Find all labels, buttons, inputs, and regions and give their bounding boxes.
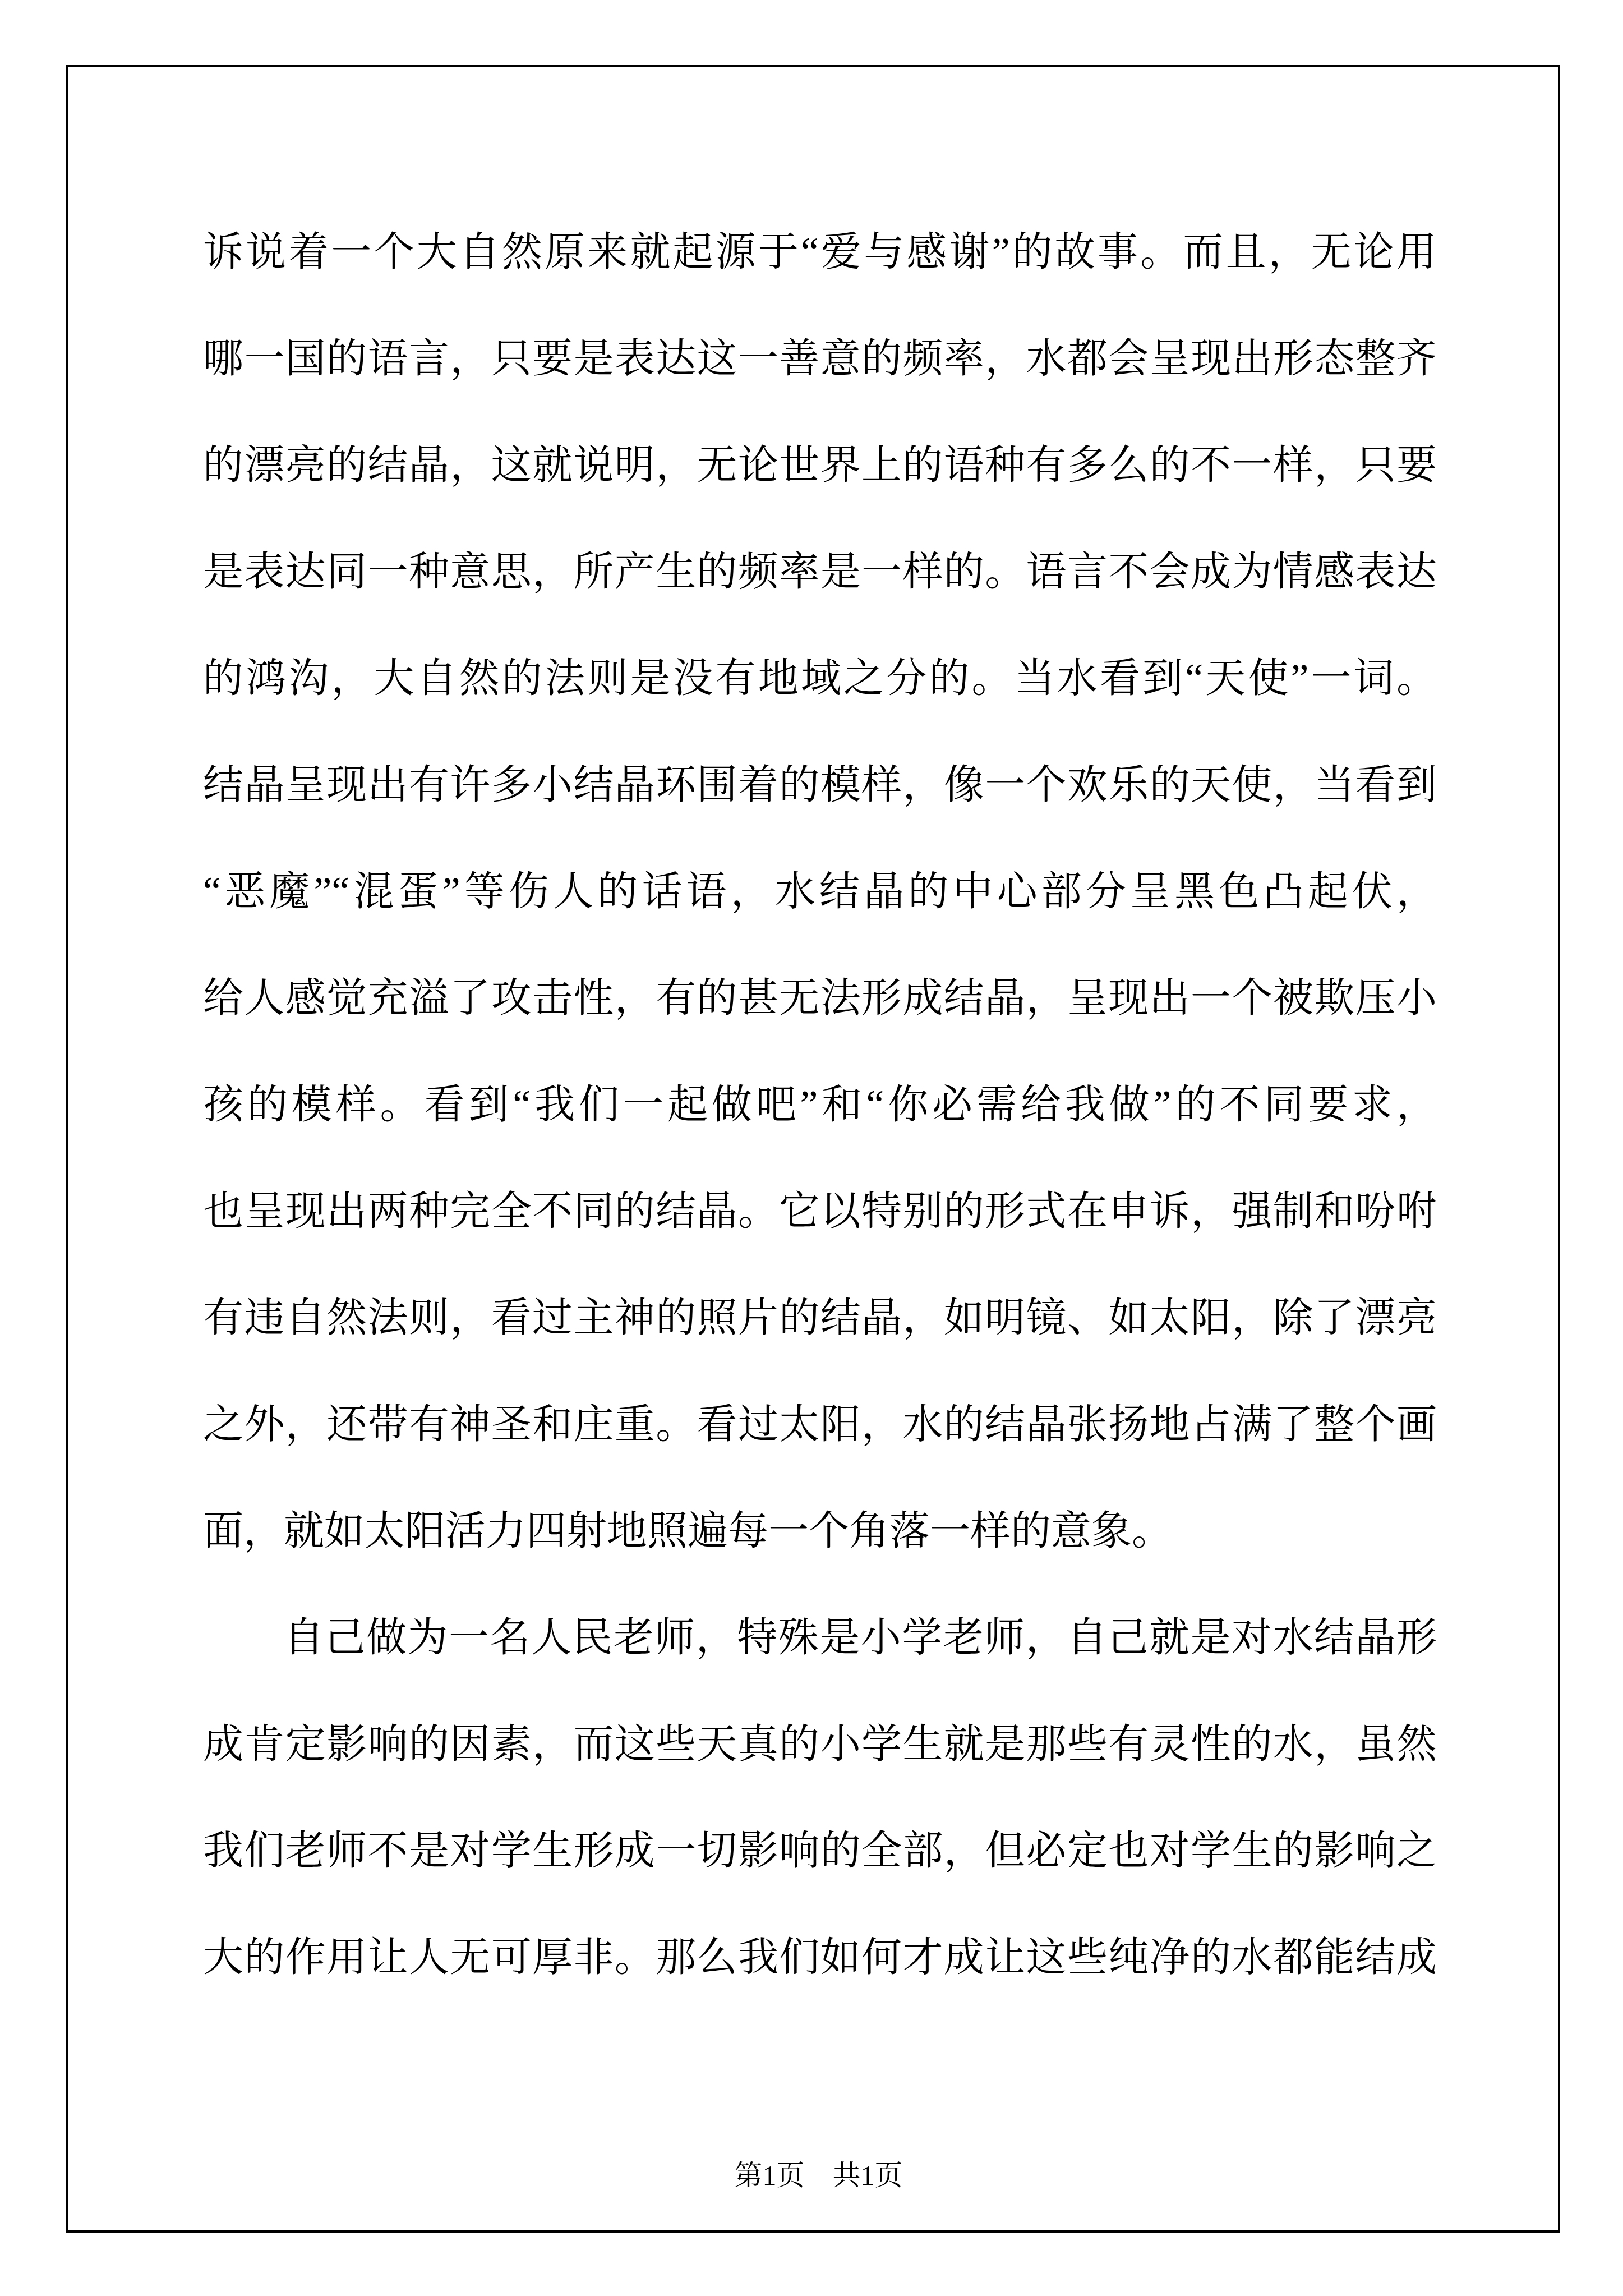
body-line: 给人感觉充溢了攻击性，有的甚无法形成结晶，呈现出一个被欺压小	[203, 945, 1437, 1051]
document-text-block: 诉说着一个大自然原来就起源于“爱与感谢”的故事。而且，无论用 哪一国的语言，只要…	[203, 199, 1437, 2010]
page-footer: 第1页 共1页	[0, 2125, 1623, 2192]
body-line: 我们老师不是对学生形成一切影响的全部，但必定也对学生的影响之	[203, 1797, 1437, 1904]
body-line: 也呈现出两种完全不同的结晶。它以特别的形式在申诉，强制和吩咐	[203, 1158, 1437, 1264]
body-line: 是表达同一种意思，所产生的频率是一样的。语言不会成为情感表达	[203, 518, 1437, 625]
body-line: 大的作用让人无可厚非。那么我们如何才成让这些纯净的水都能结成	[203, 1904, 1437, 2010]
body-line-paragraph-start: 自己做为一名人民老师，特殊是小学老师，自己就是对水结晶形	[203, 1584, 1437, 1691]
body-line: 之外，还带有神圣和庄重。看过太阳，水的结晶张扬地占满了整个画	[203, 1371, 1437, 1478]
document-page: { "document": { "lines": [ "诉说着一个大自然原来就起…	[0, 0, 1623, 2296]
body-line: 哪一国的语言，只要是表达这一善意的频率，水都会呈现出形态整齐	[203, 305, 1437, 412]
body-line: “恶魔”“混蛋”等伤人的话语，水结晶的中心部分呈黑色凸起伏，	[203, 838, 1437, 945]
body-line: 孩的模样。看到“我们一起做吧”和“你必需给我做”的不同要求，	[203, 1051, 1437, 1158]
body-line: 结晶呈现出有许多小结晶环围着的模样，像一个欢乐的天使，当看到	[203, 731, 1437, 838]
body-line: 成肯定影响的因素，而这些天真的小学生就是那些有灵性的水，虽然	[203, 1691, 1437, 1797]
body-line: 有违自然法则，看过主神的照片的结晶，如明镜、如太阳，除了漂亮	[203, 1264, 1437, 1371]
body-line: 的鸿沟，大自然的法则是没有地域之分的。当水看到“天使”一词。	[203, 625, 1437, 731]
body-line-paragraph-end: 面，就如太阳活力四射地照遍每一个角落一样的意象。	[203, 1478, 1437, 1584]
page-number-indicator: 第1页 共1页	[735, 2160, 903, 2191]
body-line: 诉说着一个大自然原来就起源于“爱与感谢”的故事。而且，无论用	[203, 199, 1437, 305]
body-line: 的漂亮的结晶，这就说明，无论世界上的语种有多么的不一样，只要	[203, 412, 1437, 518]
